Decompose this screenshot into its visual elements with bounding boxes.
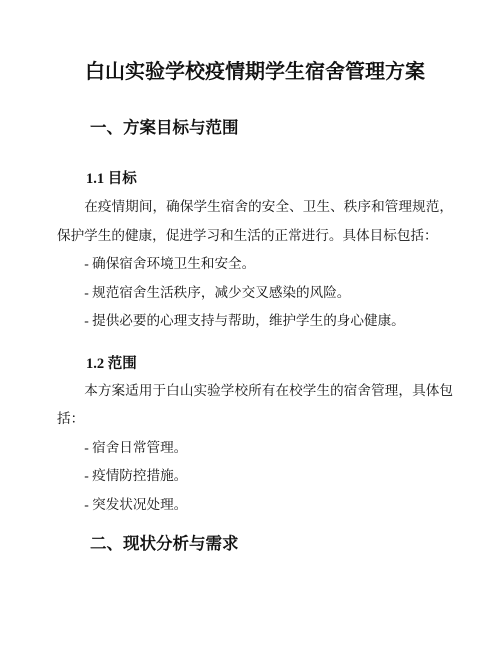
list-item-scope-2: - 疫情防控措施。 [57, 462, 453, 491]
section-heading-2: 二、现状分析与需求 [57, 534, 453, 554]
section-heading-1: 一、方案目标与范围 [57, 118, 453, 138]
subsection-heading-1-2: 1.2 范围 [57, 354, 453, 374]
document-title: 白山实验学校疫情期学生宿舍管理方案 [57, 59, 453, 85]
list-item-goal-2: - 规范宿舍生活秩序，减少交叉感染的风险。 [57, 279, 453, 308]
list-item-goal-1: - 确保宿舍环境卫生和安全。 [57, 250, 453, 279]
list-item-scope-3: - 突发状况处理。 [57, 491, 453, 520]
list-item-scope-1: - 宿舍日常管理。 [57, 434, 453, 463]
paragraph-scope: 本方案适用于白山实验学校所有在校学生的宿舍管理，具体包括： [57, 377, 453, 434]
list-item-goal-3: - 提供必要的心理支持与帮助，维护学生的身心健康。 [57, 307, 453, 336]
paragraph-goal: 在疫情期间，确保学生宿舍的安全、卫生、秩序和管理规范，保护学生的健康，促进学习和… [57, 193, 453, 250]
subsection-heading-1-1: 1.1 目标 [57, 169, 453, 189]
document-page: 白山实验学校疫情期学生宿舍管理方案 一、方案目标与范围 1.1 目标 在疫情期间… [0, 0, 500, 647]
